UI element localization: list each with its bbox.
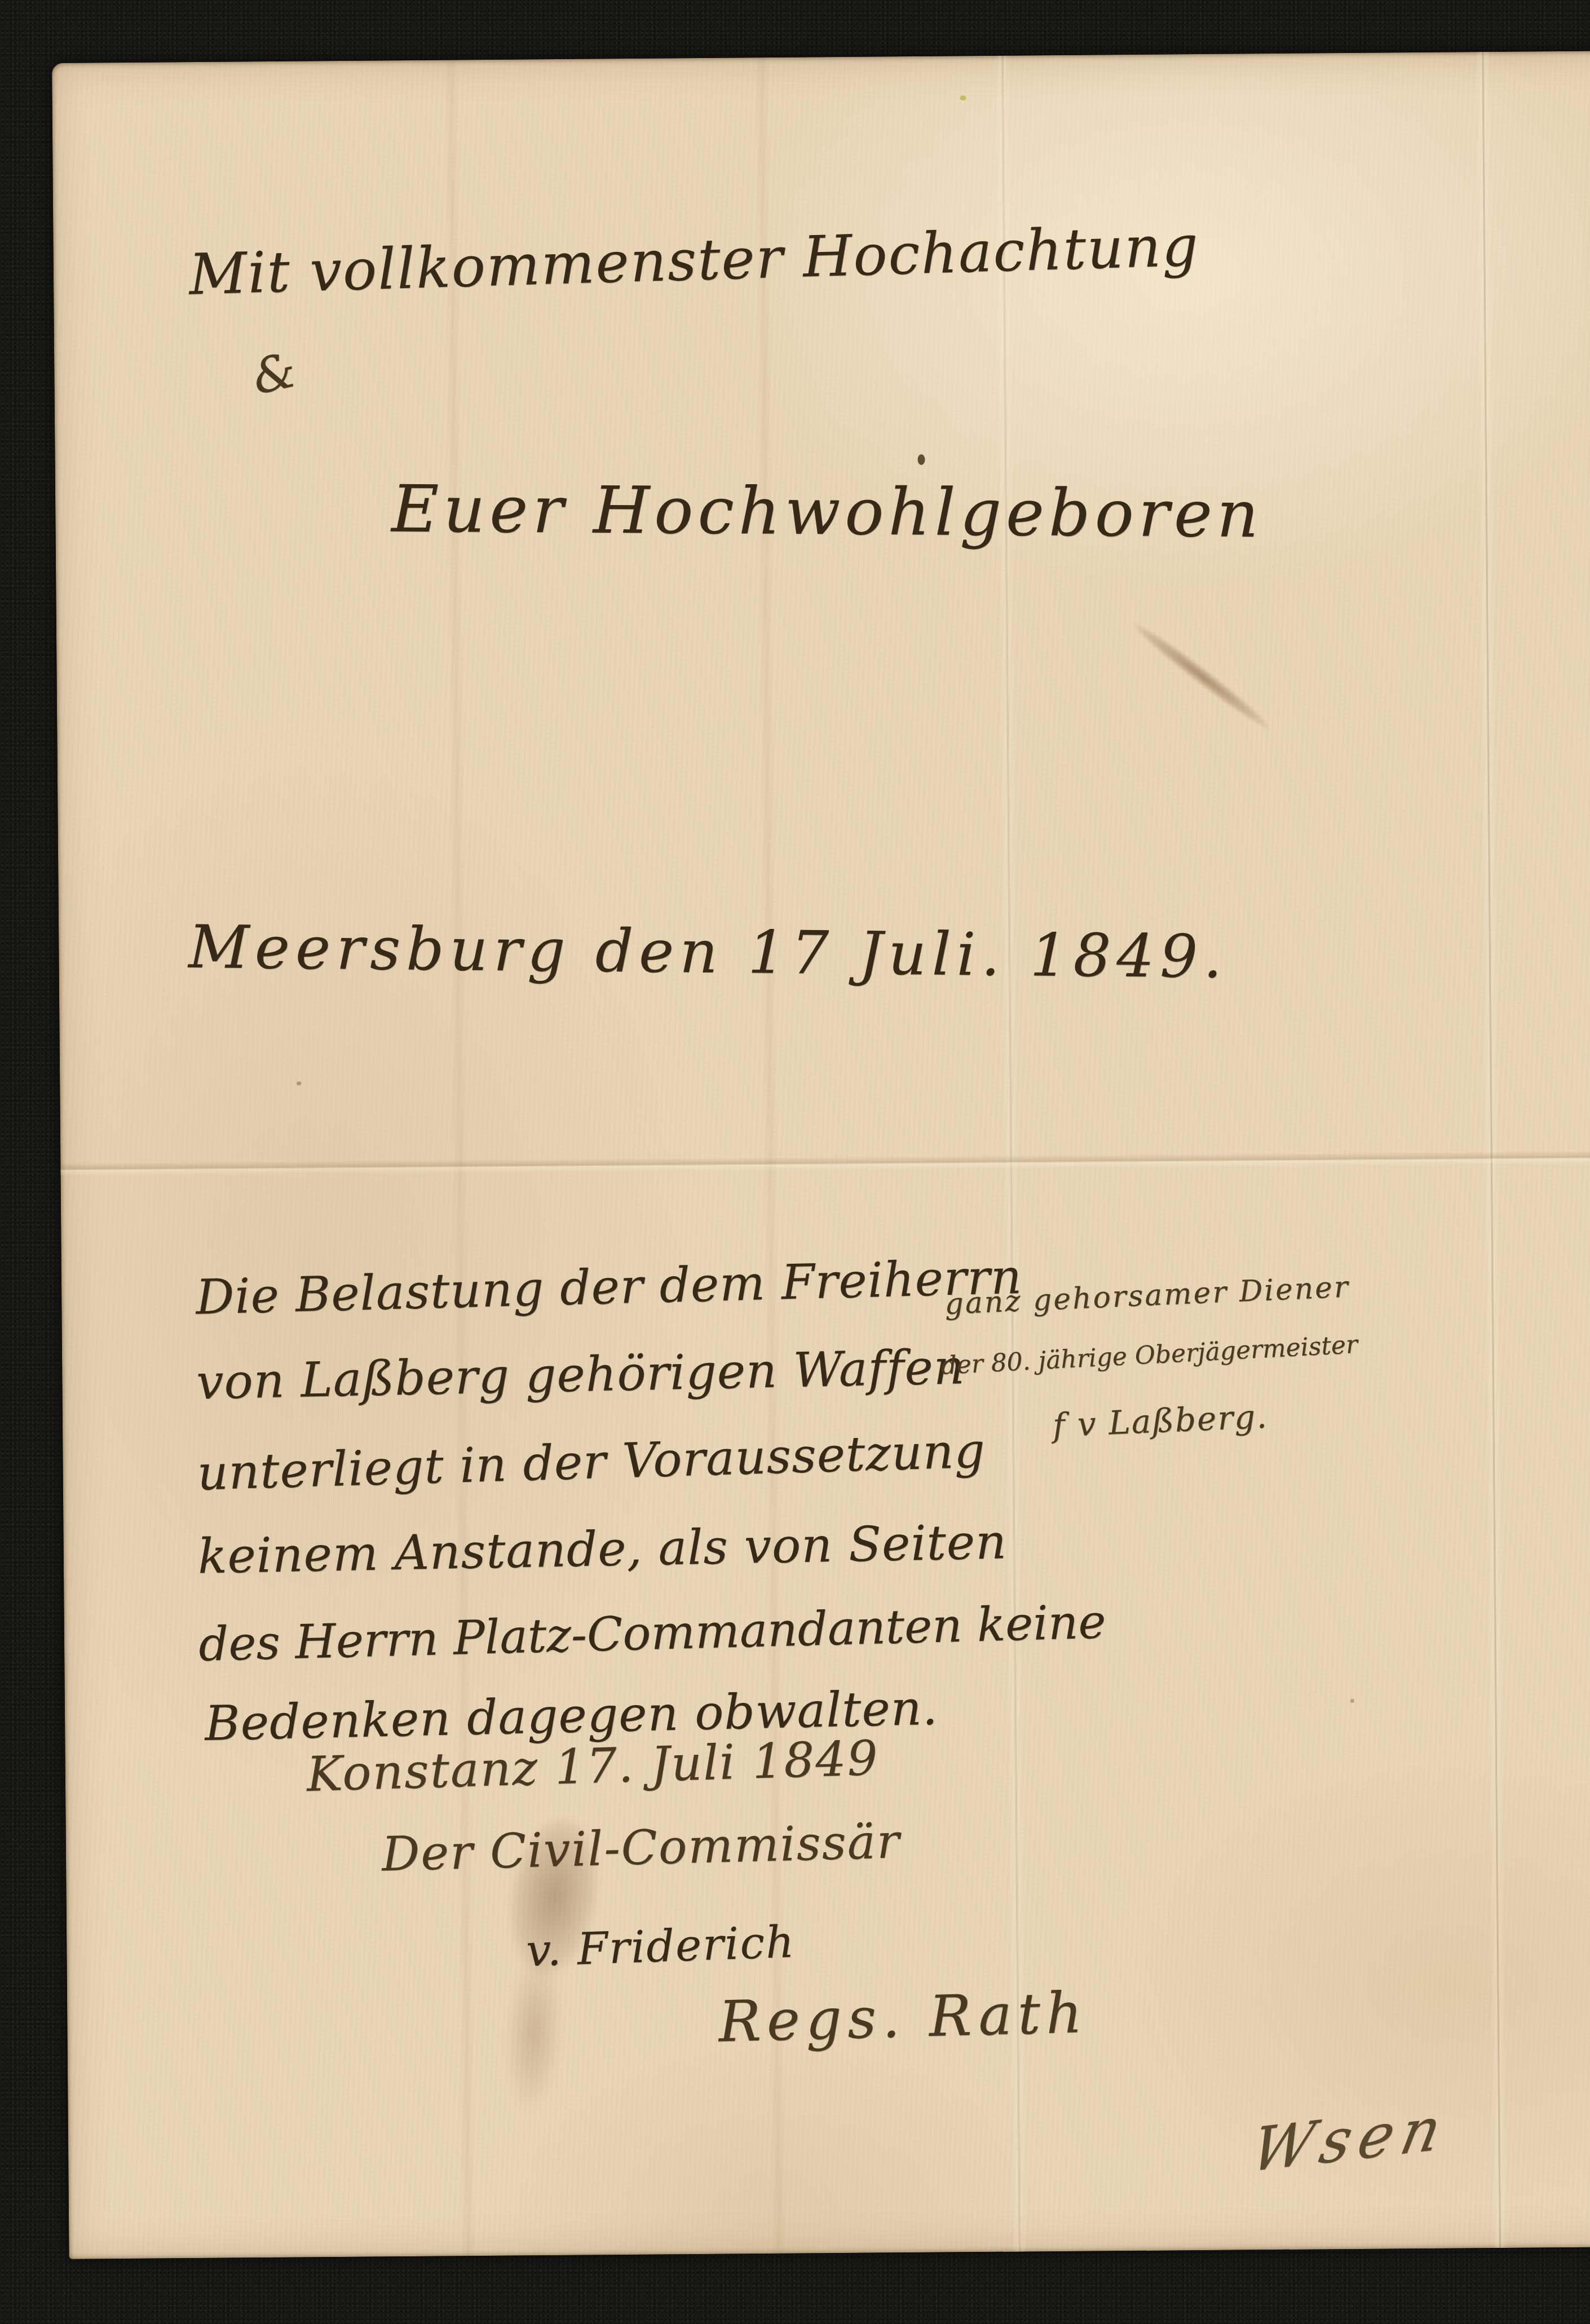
closing-salutation-line: Mit vollkommenster Hochachtung: [188, 213, 1200, 308]
yellow-fleck: [960, 95, 966, 100]
statement-line-3: unterliegt in der Voraussetzung: [196, 1423, 986, 1501]
corner-archive-mark: Wsen: [1245, 2093, 1455, 2186]
letter-paper: Mit vollkommenster Hochachtung & Euer Ho…: [52, 51, 1590, 2259]
dateline: Meersburg den 17 Juli. 1849.: [188, 913, 1228, 991]
fold-crease-vertical-mid: [995, 56, 1027, 2252]
statement-signature: v. Friderich: [525, 1917, 796, 1977]
ink-streak-stain: [1130, 618, 1273, 733]
ink-speck: [917, 454, 925, 465]
fold-crease-vertical-left: [444, 60, 476, 2256]
reply-line-2: der 80. jährige Oberjägermeister: [940, 1330, 1358, 1380]
statement-line-5: des Herrn Platz-Commandanten keine: [198, 1594, 1107, 1672]
statement-title: Regs. Rath: [718, 1980, 1089, 2055]
fold-crease-horizontal: [60, 1150, 1590, 1176]
paper-fleck-2: [1350, 1699, 1354, 1703]
addressee-honorific-line: Euer Hochwohlgeboren: [391, 472, 1264, 552]
statement-line-2: von Laßberg gehörigen Waffen: [196, 1339, 965, 1410]
statement-line-4: keinem Anstande, als von Seiten: [197, 1514, 1008, 1584]
paper-fleck-1: [297, 1082, 301, 1086]
fold-crease-vertical-right: [1476, 52, 1508, 2248]
photo-backdrop: { "scene": { "background_color": "#18181…: [0, 0, 1590, 2324]
statement-line-1: Die Belastung der dem Freiherrn: [195, 1249, 1023, 1326]
etc-flourish-mark: &: [248, 342, 301, 406]
reply-signature: f v Laßberg.: [1052, 1397, 1269, 1445]
